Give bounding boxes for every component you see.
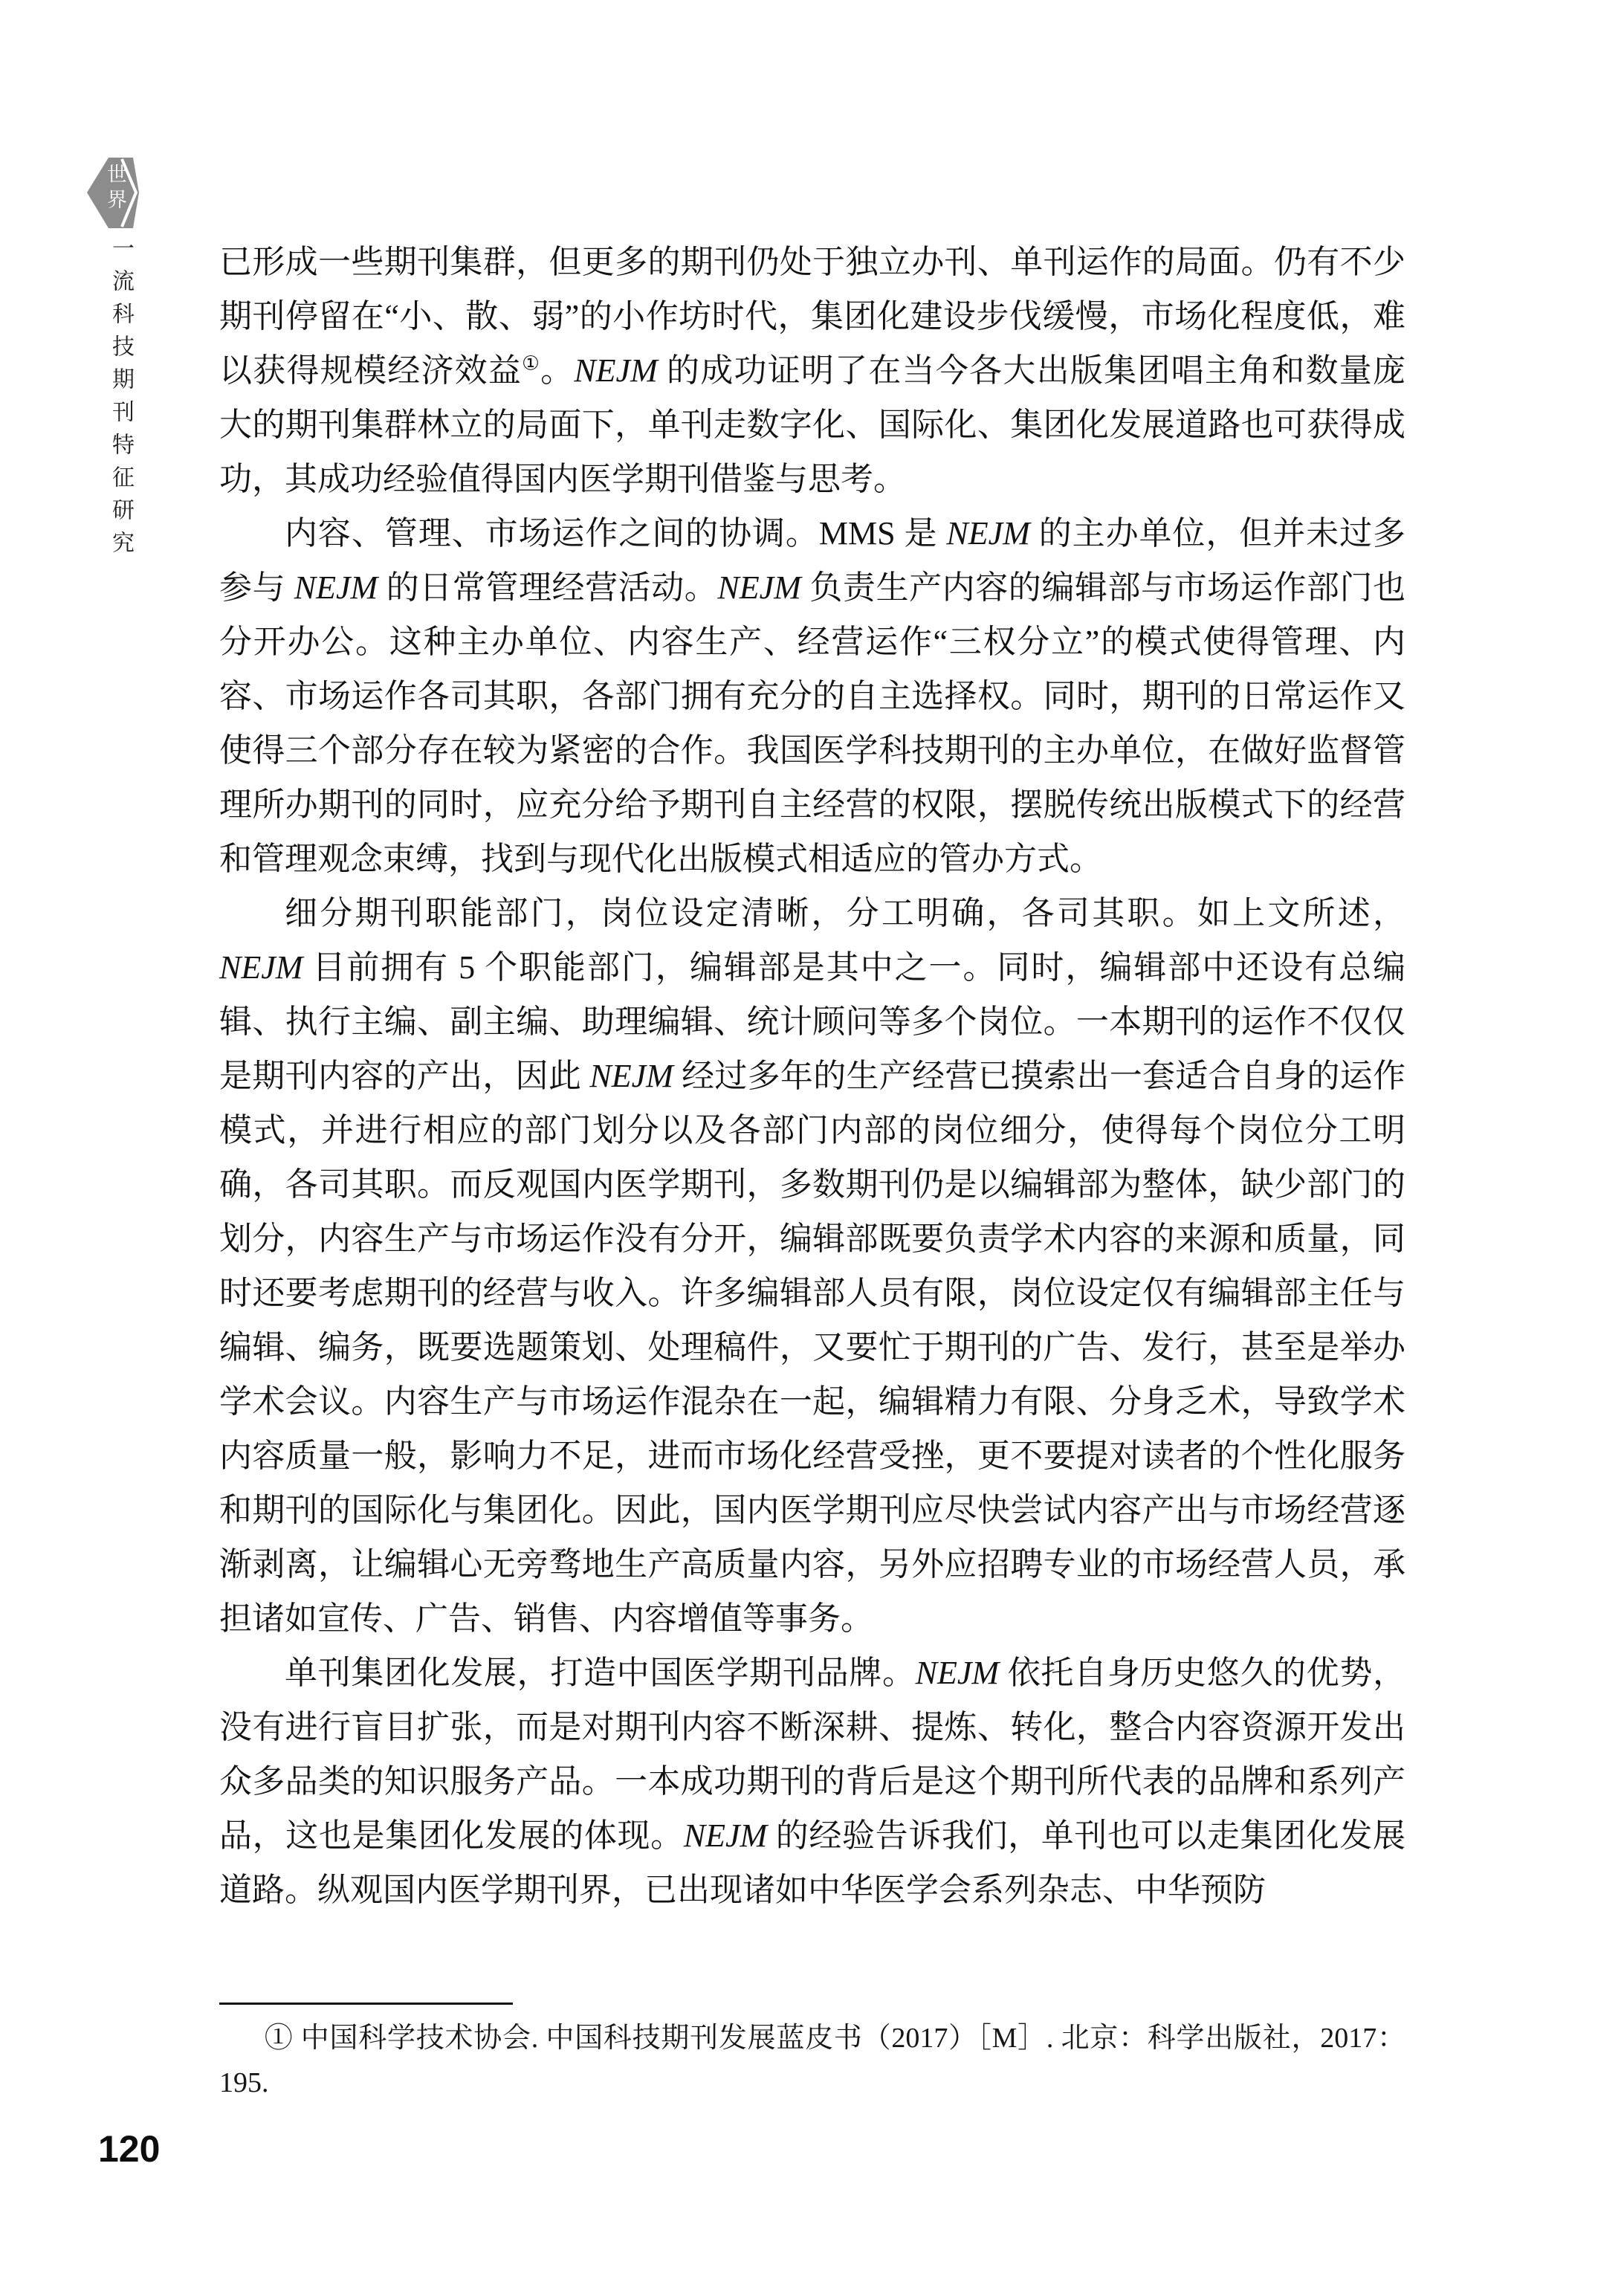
badge-label: 世界	[105, 164, 125, 214]
paragraph: 单刊集团化发展，打造中国医学期刊品牌。NEJM 依托自身历史悠久的优势，没有进行…	[219, 1646, 1405, 1917]
journal-name: NEJM	[294, 569, 378, 606]
paragraph: 细分期刊职能部门，岗位设定清晰，分工明确，各司其职。如上文所述，NEJM 目前拥…	[219, 886, 1405, 1646]
body-text: 已形成一些期刊集群，但更多的期刊仍处于独立办刊、单刊运作的局面。仍有不少期刊停留…	[219, 235, 1405, 1917]
text-segment: 细分期刊职能部门，岗位设定清晰，分工明确，各司其职。如上文所述，	[285, 895, 1405, 931]
paragraph: ① 中国科学技术协会. 中国科技期刊发展蓝皮书（2017）［M］. 北京：科学出…	[219, 2016, 1405, 2105]
text-segment: 负责生产内容的编辑部与市场运作部门也分开办公。这种主办单位、内容生产、经营运作“…	[219, 569, 1405, 877]
text-segment: 经过多年的生产经营已摸索出一套适合自身的运作模式，并进行相应的部门划分以及各部门…	[219, 1058, 1405, 1637]
journal-name: NEJM	[589, 1058, 673, 1094]
journal-name: NEJM	[574, 352, 657, 389]
text-segment: 单刊集团化发展，打造中国医学期刊品牌。	[285, 1655, 916, 1691]
journal-name: NEJM	[916, 1655, 999, 1691]
footnote-rule	[219, 2003, 513, 2005]
text-segment: 内容、管理、市场运作之间的协调。MMS 是	[285, 515, 946, 552]
journal-name: NEJM	[946, 515, 1029, 552]
page: 世界 一流科技期刊特征研究 已形成一些期刊集群，但更多的期刊仍处于独立办刊、单刊…	[0, 0, 1624, 2282]
journal-name: NEJM	[717, 569, 800, 606]
paragraph: 内容、管理、市场运作之间的协调。MMS 是 NEJM 的主办单位，但并未过多参与…	[219, 506, 1405, 886]
text-segment: 的日常管理经营活动。	[378, 569, 717, 606]
paragraph: 已形成一些期刊集群，但更多的期刊仍处于独立办刊、单刊运作的局面。仍有不少期刊停留…	[219, 235, 1405, 506]
text-segment: ① 中国科学技术协会. 中国科技期刊发展蓝皮书（2017）［M］. 北京：科学出…	[219, 2023, 1405, 2098]
footnote-marker: ①	[522, 352, 540, 374]
journal-name: NEJM	[684, 1817, 767, 1854]
footnote-text: ① 中国科学技术协会. 中国科技期刊发展蓝皮书（2017）［M］. 北京：科学出…	[219, 2016, 1405, 2105]
text-segment: 。	[540, 352, 574, 389]
sidebar-caption: 一流科技期刊特征研究	[109, 236, 132, 563]
page-number: 120	[98, 2127, 160, 2171]
journal-name: NEJM	[219, 949, 303, 986]
chapter-badge: 世界	[87, 157, 140, 229]
